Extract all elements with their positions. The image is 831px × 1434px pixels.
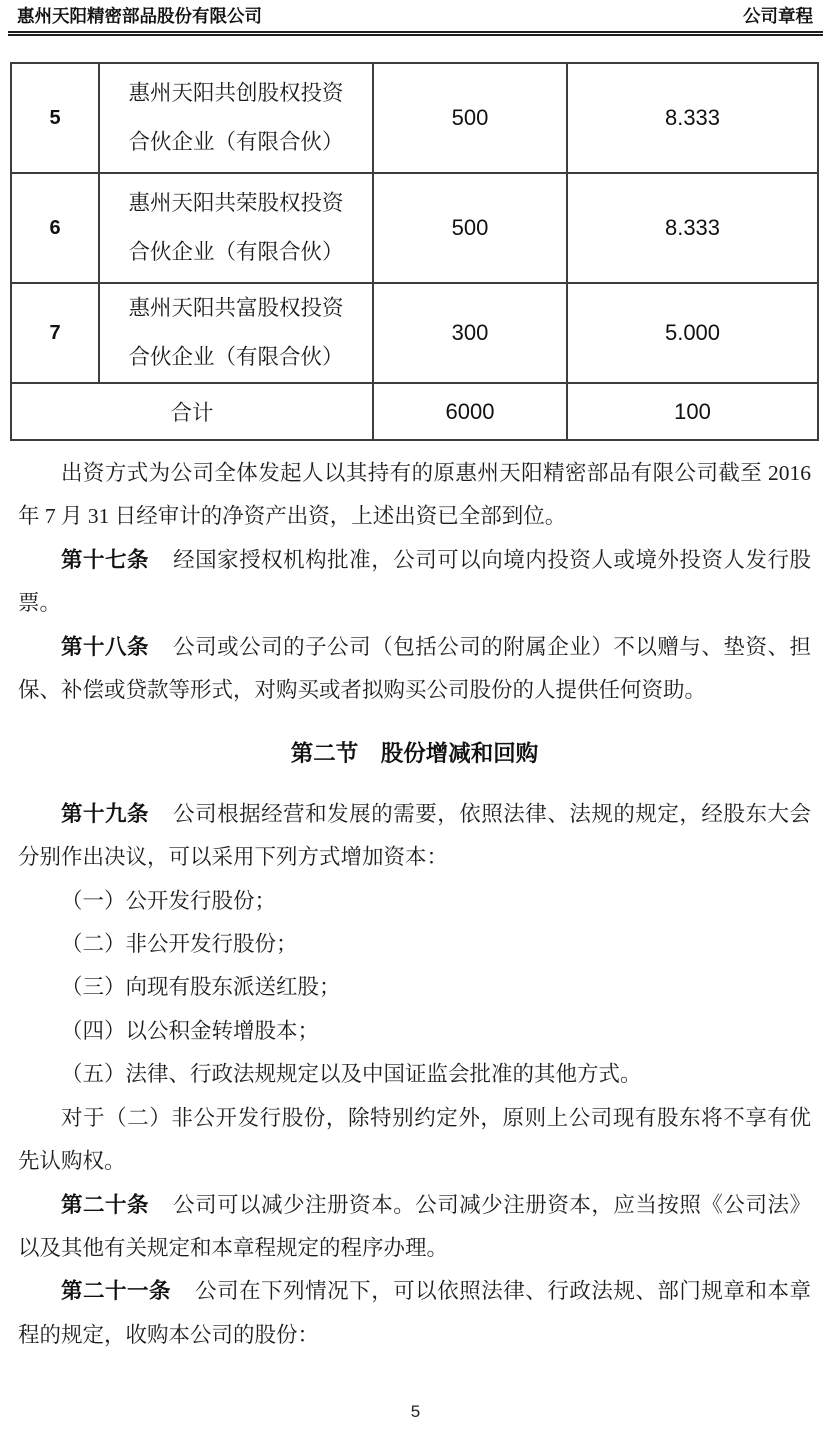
shareholder-name-line: 合伙企业（有限合伙） [100, 333, 372, 382]
header-doc-title: 公司章程 [743, 4, 813, 28]
cell-capital: 500 [373, 173, 567, 283]
paragraph-preemptive-right: 对于（二）非公开发行股份，除特别约定外，原则上公司现有股东将不享有优先认购权。 [18, 1097, 811, 1184]
list-item-3: （三）向现有股东派送红股； [18, 966, 811, 1009]
document-body: 出资方式为公司全体发起人以其持有的原惠州天阳精密部品有限公司截至 2016 年 … [18, 441, 811, 1357]
cell-row-no: 6 [11, 173, 99, 283]
article-21-label: 第二十一条 [61, 1279, 171, 1303]
cell-shareholder-name: 惠州天阳共富股权投资 合伙企业（有限合伙） [99, 283, 373, 383]
cell-capital: 300 [373, 283, 567, 383]
cell-shareholder-name: 惠州天阳共荣股权投资 合伙企业（有限合伙） [99, 173, 373, 283]
cell-total-ratio: 100 [567, 383, 818, 440]
paragraph-article-21: 第二十一条公司在下列情况下，可以依照法律、行政法规、部门规章和本章程的规定，收购… [18, 1270, 811, 1357]
shareholder-name-line: 合伙企业（有限合伙） [100, 118, 372, 167]
page-header: 惠州天阳精密部品股份有限公司 公司章程 [0, 0, 831, 28]
list-item-5: （五）法律、行政法规规定以及中国证监会批准的其他方式。 [18, 1053, 811, 1096]
paragraph-article-17: 第十七条经国家授权机构批准，公司可以向境内投资人或境外投资人发行股票。 [18, 539, 811, 626]
header-rule [8, 31, 823, 36]
cell-capital: 500 [373, 63, 567, 173]
paragraph-article-20: 第二十条公司可以减少注册资本。公司减少注册资本，应当按照《公司法》以及其他有关规… [18, 1184, 811, 1271]
list-item-4: （四）以公积金转增股本； [18, 1010, 811, 1053]
header-company-name: 惠州天阳精密部品股份有限公司 [17, 4, 262, 28]
paragraph-capital-contribution: 出资方式为公司全体发起人以其持有的原惠州天阳精密部品有限公司截至 2016 年 … [18, 452, 811, 539]
shareholder-name-line: 惠州天阳共创股权投资 [100, 69, 372, 118]
cell-total-capital: 6000 [373, 383, 567, 440]
article-19-label: 第十九条 [61, 802, 149, 826]
page-number: 5 [0, 1402, 831, 1422]
list-item-1: （一）公开发行股份； [18, 880, 811, 923]
document-page: 惠州天阳精密部品股份有限公司 公司章程 5 惠州天阳共创股权投资 合伙企业（有限… [0, 0, 831, 1434]
cell-ratio: 8.333 [567, 63, 818, 173]
paragraph-article-19: 第十九条公司根据经营和发展的需要，依照法律、法规的规定，经股东大会分别作出决议，… [18, 793, 811, 880]
list-item-2: （二）非公开发行股份； [18, 923, 811, 966]
cell-row-no: 7 [11, 283, 99, 383]
article-17-label: 第十七条 [61, 548, 149, 572]
shareholder-name-line: 惠州天阳共富股权投资 [100, 284, 372, 333]
shareholder-name-line: 合伙企业（有限合伙） [100, 228, 372, 277]
table-row: 7 惠州天阳共富股权投资 合伙企业（有限合伙） 300 5.000 [11, 283, 818, 383]
cell-row-no: 5 [11, 63, 99, 173]
article-18-label: 第十八条 [61, 635, 149, 659]
cell-total-label: 合计 [11, 383, 373, 440]
cell-shareholder-name: 惠州天阳共创股权投资 合伙企业（有限合伙） [99, 63, 373, 173]
section-heading: 第二节 股份增减和回购 [18, 732, 811, 775]
table-total-row: 合计 6000 100 [11, 383, 818, 440]
shareholder-name-line: 惠州天阳共荣股权投资 [100, 179, 372, 228]
paragraph-article-18: 第十八条公司或公司的子公司（包括公司的附属企业）不以赠与、垫资、担保、补偿或贷款… [18, 626, 811, 713]
cell-ratio: 5.000 [567, 283, 818, 383]
article-20-label: 第二十条 [61, 1193, 149, 1217]
shareholder-table: 5 惠州天阳共创股权投资 合伙企业（有限合伙） 500 8.333 6 惠州天阳… [10, 62, 819, 441]
cell-ratio: 8.333 [567, 173, 818, 283]
table-row: 5 惠州天阳共创股权投资 合伙企业（有限合伙） 500 8.333 [11, 63, 818, 173]
table-row: 6 惠州天阳共荣股权投资 合伙企业（有限合伙） 500 8.333 [11, 173, 818, 283]
